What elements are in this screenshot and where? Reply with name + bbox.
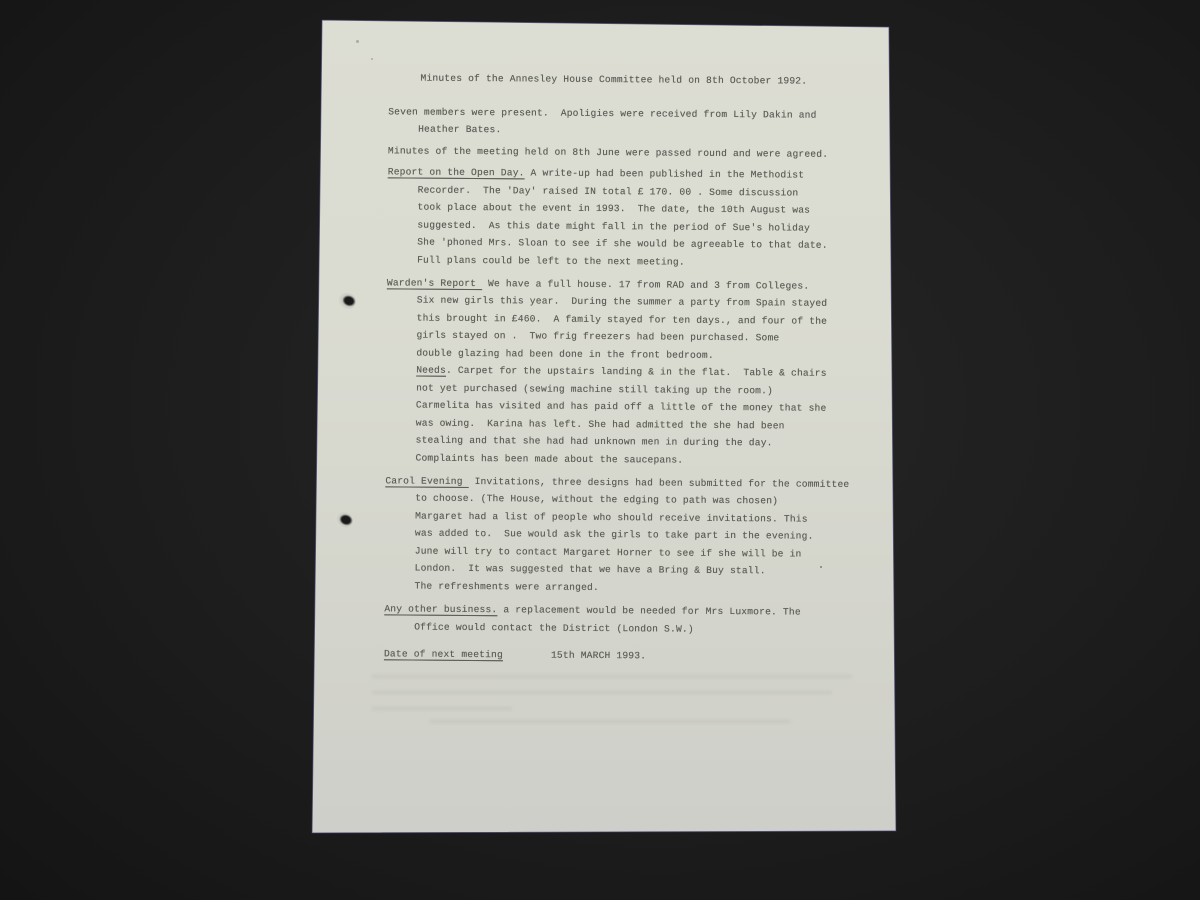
wardens-report-line: girls stayed on . Two frig freezers had … [416, 330, 779, 345]
carol-evening-line: The refreshments were arranged. [414, 581, 599, 594]
open-day-line: Full plans could be left to the next mee… [417, 255, 685, 269]
open-day-text: A write-up had been published in the Met… [525, 167, 805, 180]
wardens-report-text: We have a full house. 17 from RAD and 3 … [482, 278, 809, 292]
carol-evening-line: to choose. (The House, without the edgin… [415, 493, 778, 508]
typed-minutes: Minutes of the Annesley House Committee … [0, 0, 1200, 900]
other-business-first-line: Any other business. a replacement would … [384, 603, 801, 618]
next-meeting-line: Date of next meeting [384, 648, 503, 661]
wardens-report-line: double glazing had been done in the fron… [416, 348, 714, 362]
carol-evening-line: was added to. Sue would ask the girls to… [415, 528, 814, 543]
next-meeting-heading: Date of next meeting [384, 648, 503, 660]
open-day-line: took place about the event in 1993. The … [417, 202, 810, 217]
wardens-report-line: Six new girls this year. During the summ… [417, 295, 828, 310]
wardens-report-line: this brought in £460. A family stayed fo… [417, 313, 828, 328]
document-title: Minutes of the Annesley House Committee … [420, 73, 807, 88]
other-business-text: a replacement would be needed for Mrs Lu… [497, 604, 800, 617]
carol-evening-first-line: Carol Evening Invitations, three designs… [385, 475, 849, 491]
wardens-report-first-line: Warden's Report We have a full house. 17… [387, 277, 809, 292]
needs-first-line: Needs. Carpet for the upstairs landing &… [416, 365, 827, 380]
carol-evening-line: Margaret had a list of people who should… [415, 511, 808, 526]
other-business-heading: Any other business. [384, 603, 497, 615]
previous-minutes: Minutes of the meeting held on 8th June … [388, 145, 828, 160]
other-business-line: Office would contact the District (Londo… [414, 622, 694, 636]
carol-evening-heading: Carol Evening [385, 475, 468, 487]
needs-line: was owing. Karina has left. She had admi… [416, 418, 785, 433]
paper-sheet: Minutes of the Annesley House Committee … [0, 0, 1200, 900]
open-day-line: She 'phoned Mrs. Sloan to see if she wou… [417, 237, 828, 252]
needs-line: not yet purchased (sewing machine still … [416, 383, 773, 398]
next-meeting-date: 15th MARCH 1993. [551, 650, 646, 663]
needs-line: Complaints has been made about the sauce… [415, 453, 683, 467]
needs-heading: Needs [416, 365, 446, 376]
needs-line: stealing and that she had had unknown me… [416, 435, 773, 450]
attendance-line-2: Heather Bates. [418, 124, 501, 137]
carol-evening-text: Invitations, three designs had been subm… [469, 476, 850, 490]
wardens-report-heading: Warden's Report [387, 277, 482, 289]
needs-line: Carmelita has visited and has paid off a… [416, 400, 827, 415]
open-day-line: suggested. As this date might fall in th… [417, 220, 810, 235]
attendance-line-1: Seven members were present. Apoligies we… [388, 106, 816, 121]
carol-evening-line: London. It was suggested that we have a … [415, 563, 766, 578]
open-day-heading: Report on the Open Day. [388, 166, 525, 178]
open-day-first-line: Report on the Open Day. A write-up had b… [388, 166, 805, 181]
open-day-line: Recorder. The 'Day' raised IN total £ 17… [418, 185, 799, 200]
carol-evening-line: June will try to contact Margaret Horner… [415, 546, 802, 561]
needs-text: . Carpet for the upstairs landing & in t… [446, 365, 827, 379]
